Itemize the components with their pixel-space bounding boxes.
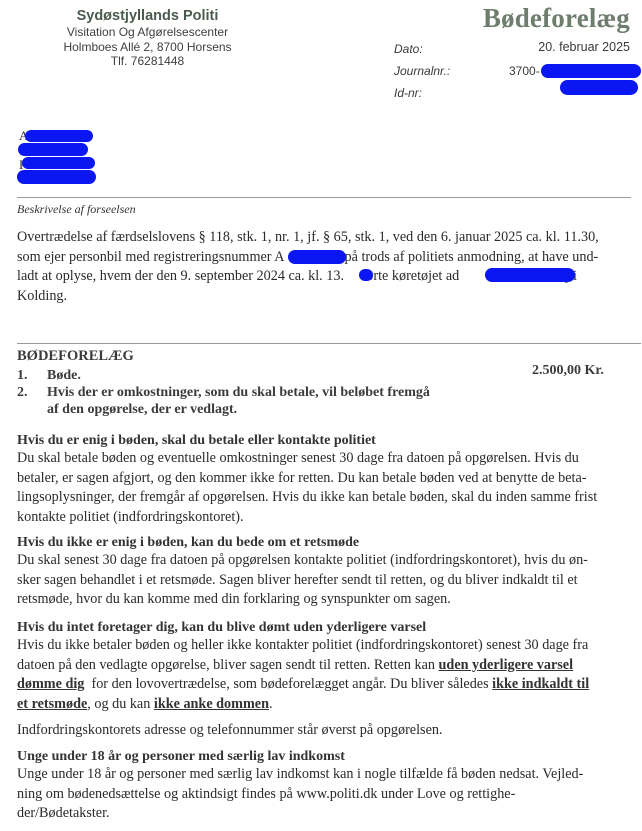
section-line: dømme dig for den lovovertrædelse, som b… <box>17 675 637 695</box>
fine-amount: 2.500,00 Kr. <box>532 363 604 379</box>
section-line: sker sagen behandlet i et retsmøde. Sage… <box>17 571 637 591</box>
section-text: . <box>269 696 273 712</box>
redaction-journal-number <box>541 64 641 78</box>
divider-middle <box>17 343 641 344</box>
section-text: datoen på den vedlagte opgørelse, bliver… <box>17 657 439 673</box>
id-number-label: Id-nr: <box>394 86 422 100</box>
fine-item-number: 2. <box>17 384 47 402</box>
fine-item-1: 1.Bøde. <box>17 367 81 385</box>
emphasis-text: uden yderligere varsel <box>439 657 574 673</box>
emphasis-text: et retsmøde <box>17 696 87 712</box>
redaction-recipient-line-4 <box>17 170 96 184</box>
date-label: Dato: <box>394 42 423 56</box>
section-text: , og du kan <box>87 696 154 712</box>
sender-name: Sydøstjyllands Politi <box>60 8 235 25</box>
sender-block: Sydøstjyllands Politi Visitation Og Afgø… <box>60 8 235 69</box>
section-line: der/Bødetakster. <box>17 804 637 824</box>
section-line: kontakte politiet (indfordringskontoret)… <box>17 508 637 528</box>
section-line: betaler, er sagen afgjort, og den kommer… <box>17 469 637 489</box>
sender-address: Holmboes Allé 2, 8700 Horsens <box>60 40 235 55</box>
section-line: retsmøde, hvor du kan komme med din fork… <box>17 590 637 610</box>
journal-number-prefix: 3700- <box>509 64 540 78</box>
redaction-recipient-line-3 <box>22 157 95 169</box>
redaction-recipient-line-2 <box>18 143 88 156</box>
redaction-time-minutes <box>359 269 373 281</box>
offence-description: Overtrædelse af færdselslovens § 118, st… <box>17 228 629 306</box>
section-heading-disagree: Hvis du ikke er enig i bøden, kan du bed… <box>17 535 359 551</box>
emphasis-text: ikke anke dommen <box>154 696 269 712</box>
section-heading-no-action: Hvis du intet foretager dig, kan du bliv… <box>17 620 426 636</box>
section-line: et retsmøde, og du kan ikke anke dommen. <box>17 695 637 715</box>
description-line: Overtrædelse af færdselslovens § 118, st… <box>17 228 629 248</box>
emphasis-text: dømme dig <box>17 676 84 692</box>
section-heading-agree: Hvis du er enig i bøden, skal du betale … <box>17 433 376 449</box>
redaction-registration-number <box>288 250 346 264</box>
sender-department: Visitation Og Afgørelsescenter <box>60 25 235 40</box>
description-text: som ejer personbil med registreringsnumm… <box>17 249 285 265</box>
section-line: Unge under 18 år og personer med særlig … <box>17 765 637 785</box>
description-heading: Beskrivelse af forseelsen <box>17 202 136 217</box>
section-body-no-action: Hvis du ikke betaler bøden og heller ikk… <box>17 636 637 714</box>
section-body-low-income: Unge under 18 år og personer med særlig … <box>17 765 637 824</box>
description-line: Kolding. <box>17 287 629 307</box>
redaction-street-name <box>485 268 575 282</box>
contact-note: Indfordringskontorets adresse og telefon… <box>17 721 637 741</box>
redaction-id-number <box>560 80 638 95</box>
section-line: Du skal senest 30 dage fra datoen på opg… <box>17 551 637 571</box>
description-text: på trods af politiets anmodning, at have… <box>345 249 599 265</box>
fine-item-text: Hvis der er omkostninger, som du skal be… <box>47 385 430 400</box>
fine-item-number: 1. <box>17 367 47 385</box>
date-value: 20. februar 2025 <box>538 40 630 54</box>
section-line: lingsoplysninger, der fremgår af opgørel… <box>17 488 637 508</box>
redaction-recipient-line-1 <box>25 130 93 142</box>
section-text: for den lovovertrædelse, som bødeforelæg… <box>84 676 492 692</box>
divider-top <box>17 197 631 198</box>
document-title: Bødeforelæg <box>483 3 630 34</box>
section-body-disagree: Du skal senest 30 dage fra datoen på opg… <box>17 551 637 610</box>
fine-item-text: Bøde. <box>47 368 81 383</box>
description-text: ladt at oplyse, hvem der den 9. septembe… <box>17 268 344 284</box>
emphasis-text: ikke indkaldt til <box>492 676 589 692</box>
section-line: Du skal betale bøden og eventuelle omkos… <box>17 449 637 469</box>
journal-number-label: Journalnr.: <box>394 64 450 78</box>
fine-item-2: 2.Hvis der er omkostninger, som du skal … <box>17 384 430 402</box>
section-line: Hvis du ikke betaler bøden og heller ikk… <box>17 636 637 656</box>
section-heading-low-income: Unge under 18 år og personer med særlig … <box>17 749 345 765</box>
section-line: ning om bødenedsættelse og aktindsigt fi… <box>17 785 637 805</box>
fine-heading: BØDEFORELÆG <box>17 348 134 365</box>
fine-item-2-continuation: af den opgørelse, der er vedlagt. <box>47 402 237 418</box>
section-body-agree: Du skal betale bøden og eventuelle omkos… <box>17 449 637 527</box>
sender-phone: Tlf. 76281448 <box>60 54 235 69</box>
description-text: førte køretøjet ad <box>362 268 460 284</box>
section-line: datoen på den vedlagte opgørelse, bliver… <box>17 656 637 676</box>
